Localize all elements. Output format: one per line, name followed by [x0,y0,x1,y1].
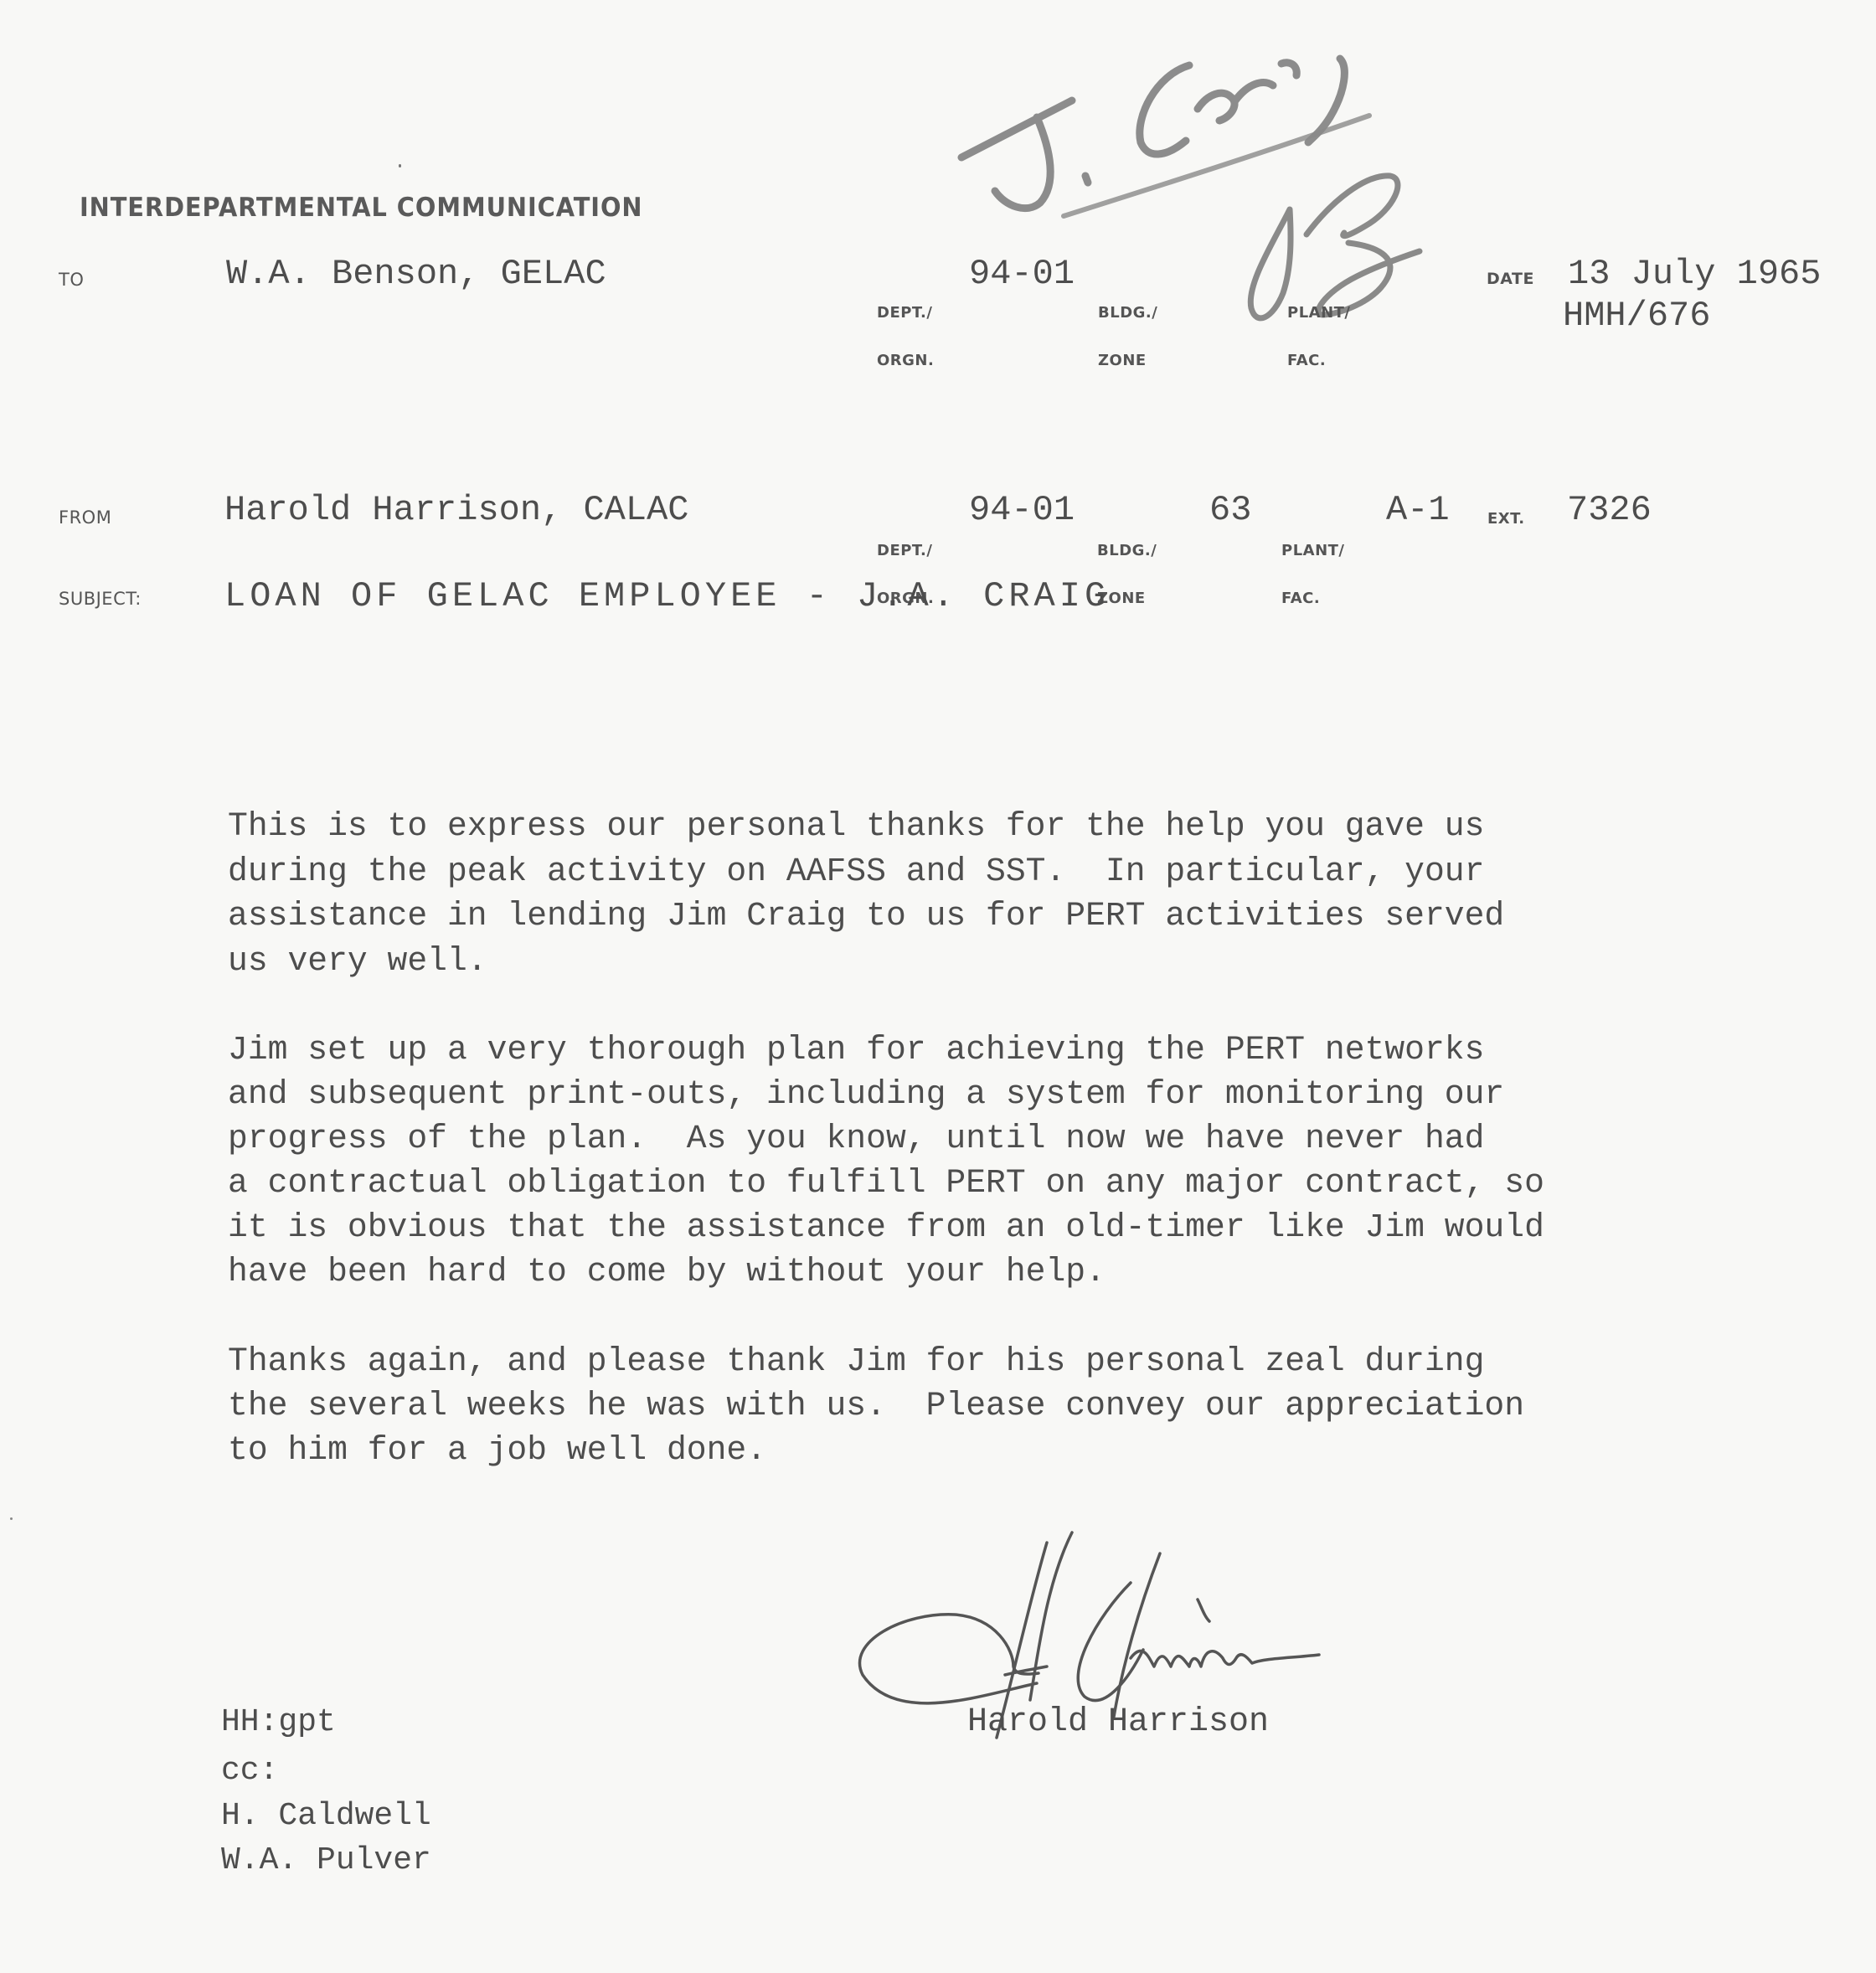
paragraph-2-line-2: and subsequent print-outs, including a s… [228,1078,1504,1111]
cc-label: cc: [221,1753,278,1789]
to-plant-label: PLANT/ FAC. [1287,273,1351,384]
paragraph-3-line-3: to him for a job well done. [228,1434,766,1467]
plant-label-line2: FAC. [1287,353,1351,368]
dept-label-line1: DEPT./ [877,543,934,559]
paragraph-2-line-4: a contractual obligation to fulfill PERT… [228,1167,1544,1200]
bldg-label-line2: ZONE [1098,353,1157,368]
plant-label-line1: PLANT/ [1281,543,1345,559]
to-dept-value: 94-01 [969,256,1075,291]
dept-label-line1: DEPT./ [877,305,934,321]
from-plant-value: A-1 [1386,492,1450,528]
from-plant-label: PLANT/ FAC. [1281,511,1345,622]
paragraph-3-line-2: the several weeks he was with us. Please… [228,1389,1524,1423]
ext-label: EXT. [1487,511,1525,527]
subject-label: SUBJECT: [59,589,142,609]
ext-value: 7326 [1567,492,1652,528]
from-label: FROM [59,507,111,528]
date-label: DATE [1487,271,1534,287]
from-dept-value: 94-01 [969,492,1075,528]
from-bldg-value: 63 [1209,492,1251,528]
paragraph-2-line-1: Jim set up a very thorough plan for achi… [228,1033,1484,1067]
paragraph-1-line-2: during the peak activity on AAFSS and SS… [228,855,1484,889]
date-value: 13 July 1965 [1568,256,1821,291]
cc-recipient: W.A. Pulver [221,1842,431,1878]
paragraph-3-line-1: Thanks again, and please thank Jim for h… [228,1345,1484,1378]
paragraph-2-line-3: progress of the plan. As you know, until… [228,1122,1484,1156]
form-title: INTERDEPARTMENTAL COMMUNICATION [80,193,642,223]
paragraph-2-line-6: have been hard to come by without your h… [228,1255,1105,1289]
paper-speck [10,1517,13,1520]
bldg-label-line1: BLDG./ [1098,305,1157,321]
typed-signature-name: Harold Harrison [967,1703,1269,1741]
from-name: Harold Harrison, CALAC [224,492,689,528]
paragraph-1-line-1: This is to express our personal thanks f… [228,810,1484,843]
to-label: TO [59,270,84,290]
paragraph-1-line-4: us very well. [228,945,487,978]
bldg-label-line1: BLDG./ [1097,543,1157,559]
plant-label-line1: PLANT/ [1287,305,1351,321]
reference-initials: HH:gpt [221,1704,336,1740]
to-name: W.A. Benson, GELAC [226,256,606,291]
to-dept-label: DEPT./ ORGN. [877,273,934,384]
dept-label-line2: ORGN. [877,353,934,368]
reference-number: HMH/676 [1563,298,1710,333]
paragraph-1-line-3: assistance in lending Jim Craig to us fo… [228,899,1504,933]
cc-recipient: H. Caldwell [221,1798,431,1834]
plant-label-line2: FAC. [1281,590,1345,606]
to-bldg-label: BLDG./ ZONE [1098,273,1157,384]
subject-text: LOAN OF GELAC EMPLOYEE - J.A. CRAIG [224,579,1110,614]
paragraph-2-line-5: it is obvious that the assistance from a… [228,1211,1544,1244]
paper-speck [399,164,401,167]
